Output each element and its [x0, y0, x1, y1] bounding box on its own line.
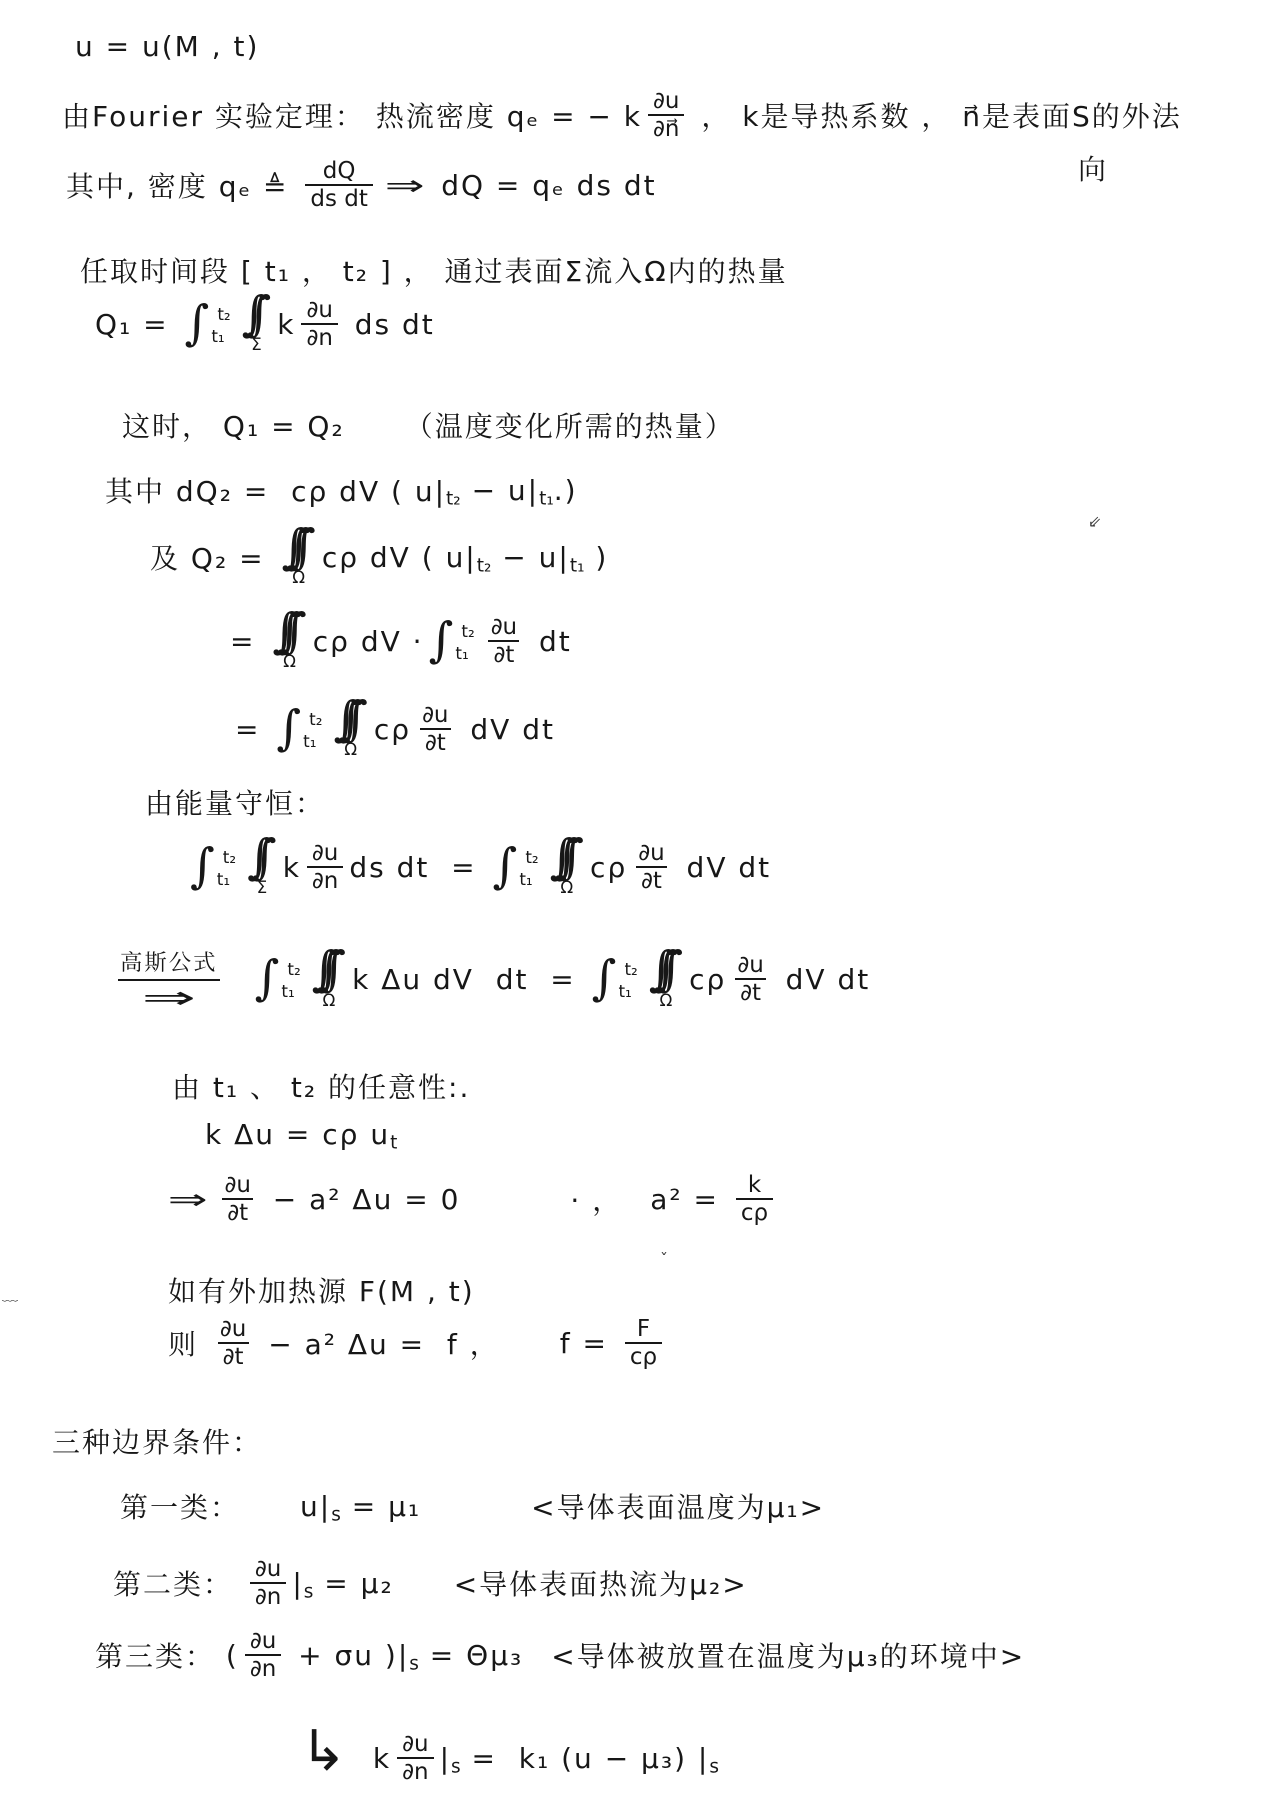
implies-arrow-icon: ⇒ [168, 1183, 208, 1216]
eval-at-t2: t₂ [446, 488, 461, 509]
line-gauss-step: 高斯公式 ⇒ ∫ t₂t₁ ∫∫∫ Ω k Δu dV dt = ∫ t₂t₁ … [118, 945, 870, 1014]
line-arbitrariness: 由 t₁ 、 t₂ 的任意性:. [172, 1066, 470, 1106]
eval-at-t1: t₁ [539, 488, 554, 509]
lower-limit: t₁ [455, 645, 474, 662]
line-conservation-equation: ∫ t₂t₁ ∫∫ Σ k ∂u ∂n ds dt = ∫ t₂t₁ ∫∫∫ Ω… [185, 838, 771, 896]
bc3c-mid: = k₁ (u − μ₃) | [461, 1742, 710, 1775]
gauss-coef2: cρ [689, 963, 726, 996]
conservation-coef2: cρ [590, 851, 627, 884]
upper-limit: t₂ [624, 961, 637, 978]
line-q1-integral: Q₁ = ∫ t₂t₁ ∫∫ Σ k ∂u ∂n ds dt [95, 295, 435, 353]
lower-limit: t₁ [303, 733, 322, 750]
eval-on-s: s [304, 1581, 314, 1602]
fraction-numerator: ∂u [307, 840, 343, 866]
integral-domain: Ω [322, 992, 335, 1009]
heat-eq-mid: − a² Δu = 0 [262, 1183, 461, 1216]
step3-mid: cρ [374, 713, 411, 746]
fraction-numerator: ∂u [215, 1316, 251, 1342]
gauss-tail: dV dt [775, 963, 870, 996]
lower-limit: t₁ [217, 871, 236, 888]
handwritten-notes-page: u = u(M , t) 由Fourier 实验定理： 热流密度 qₑ = − … [0, 0, 1285, 1811]
fraction-numerator: ∂u [486, 614, 522, 640]
fraction-du-dt: ∂u ∂t [633, 840, 669, 895]
fraction-denominator: cρ [736, 1198, 773, 1226]
bc1-eq-pre: u| [300, 1490, 331, 1523]
arbitrariness-text: 由 t₁ 、 t₂ 的任意性:. [172, 1066, 470, 1106]
volume-integral: ∫∫∫ Ω [272, 612, 306, 670]
triple-integral-icon: ∫∫∫ [272, 612, 306, 652]
volume-integral: ∫∫∫ Ω [281, 528, 315, 586]
line-q2-integral: 及 Q₂ = ∫∫∫ Ω cρ dV ( u| t₂ − u| t₁ ) [150, 528, 608, 586]
line-boundary-conditions-heading: 三种边界条件： [52, 1421, 262, 1461]
fraction-du-dt: ∂u ∂t [417, 702, 453, 757]
fraction-denominator: ∂t [420, 728, 451, 756]
line-q1-equals-q2: 这时， Q₁ = Q₂ （温度变化所需的热量） [122, 405, 735, 445]
bc2-note: <导体表面热流为μ₂> [454, 1563, 748, 1603]
subscript-t: t [390, 1132, 397, 1153]
step2-mid: cρ dV · [313, 625, 424, 658]
fraction-du-dt: ∂u ∂t [215, 1316, 251, 1371]
upper-limit: t₂ [525, 849, 538, 866]
fraction-denominator: ds dt [305, 184, 372, 212]
line-wrap-char: 向 [1078, 148, 1108, 188]
q1-tail: ds dt [344, 308, 435, 341]
upper-limit: t₂ [309, 711, 322, 728]
line-q2-step2: = ∫∫∫ Ω cρ dV · ∫ t₂t₁ ∂u ∂t dt [230, 612, 572, 670]
line-bc-third-kind: 第三类： ( ∂u ∂n + σu )| s = Θμ₃ <导体被放置在温度为μ… [95, 1628, 1025, 1683]
line-heat-equation: ⇒ ∂u ∂t − a² Δu = 0 · ， a² = k cρ [162, 1172, 779, 1227]
triple-integral-icon: ∫∫∫ [281, 528, 315, 568]
fraction-du-dn: ∂u ∂n [397, 1731, 433, 1786]
fraction-denominator: cρ [625, 1342, 662, 1370]
upper-limit: t₂ [461, 623, 474, 640]
bc3-note: <导体被放置在温度为μ₃的环境中> [551, 1635, 1025, 1675]
surface-integral: ∫∫ Σ [242, 295, 272, 353]
time-integral: ∫ t₂t₁ [190, 847, 236, 888]
volume-integral: ∫∫∫ Ω [550, 838, 584, 896]
triple-integral-icon: ∫∫∫ [649, 950, 683, 990]
eval-at-t1: t₁ [570, 555, 585, 576]
fourier-law-post: ， k是导热系数 ， n⃗是表面S的外法 [690, 95, 1181, 135]
line-density-definition: 其中, 密度 qₑ ≜ dQ ds dt ⇒ dQ = qₑ ds dt [66, 158, 657, 213]
integral-domain: Ω [283, 653, 296, 670]
q2-minus: − u| [491, 541, 569, 574]
energy-conservation-text: 由能量守恒： [145, 782, 325, 822]
eval-on-s: s [709, 1756, 719, 1777]
line-q2-step3: = ∫ t₂t₁ ∫∫∫ Ω cρ ∂u ∂t dV dt [235, 700, 555, 758]
then-label: 则 [168, 1323, 209, 1363]
integral-icon: ∫ [185, 304, 210, 344]
boundary-conditions-heading: 三种边界条件： [52, 1421, 262, 1461]
fraction-denominator: ∂t [636, 866, 667, 894]
bc2-label: 第二类： [113, 1563, 244, 1603]
upper-limit: t₂ [287, 961, 300, 978]
line-fourier-law: 由Fourier 实验定理： 热流密度 qₑ = − k ∂u ∂n⃗ ， k是… [62, 88, 1182, 143]
integral-domain: Ω [292, 569, 305, 586]
a-squared-def: a² = [650, 1183, 730, 1216]
integral-icon: ∫ [190, 847, 215, 887]
time-integral: ∫ t₂t₁ [429, 621, 475, 662]
double-integral-icon: ∫∫ [242, 295, 272, 335]
integral-domain: Σ [251, 336, 262, 353]
surface-integral: ∫∫ Σ [247, 838, 277, 896]
fraction-du-dt: ∂u ∂t [486, 614, 522, 669]
fraction-numerator: ∂u [732, 952, 768, 978]
line-time-interval: 任取时间段 [ t₁ ， t₂ ] ， 通过表面Σ流入Ω内的热量 [80, 250, 788, 290]
fraction-du-dt: ∂u ∂t [732, 952, 768, 1007]
eval-on-s: s [451, 1756, 461, 1777]
fraction-numerator: ∂u [245, 1628, 281, 1654]
gauss-label: 高斯公式 [118, 945, 220, 981]
time-integral: ∫ t₂t₁ [592, 959, 638, 1000]
q1q2-paren-note: （温度变化所需的热量） [405, 405, 735, 445]
q1-lhs: Q₁ = [95, 308, 180, 341]
fraction-du-dn-vec: ∂u ∂n⃗ [648, 88, 684, 143]
fraction-numerator: ∂u [417, 702, 453, 728]
heat-eq-comma: · ， [570, 1179, 622, 1219]
lower-limit: t₁ [519, 871, 538, 888]
implies-arrow-icon: ⇒ [142, 983, 196, 1014]
fraction-denominator: ∂n [301, 323, 337, 351]
fraction-du-dn: ∂u ∂n [250, 1556, 286, 1611]
q2-close: ) [585, 541, 609, 574]
integral-icon: ∫ [255, 959, 280, 999]
fraction-numerator: dQ [318, 158, 361, 184]
fraction-denominator: ∂t [735, 978, 766, 1006]
bc2-eq-post: = μ₂ [313, 1567, 393, 1600]
bc3c-coef: k [373, 1742, 391, 1775]
f-def: f = [560, 1327, 619, 1360]
eval-on-s: s [331, 1504, 341, 1525]
k-laplace-text: k Δu = cρ u [205, 1118, 390, 1151]
bc1-label: 第一类： [120, 1486, 240, 1526]
dq2-pre: 其中 dQ₂ = cρ dV ( u| [105, 470, 446, 510]
double-integral-icon: ∫∫ [247, 838, 277, 878]
integral-domain: Σ [257, 879, 268, 896]
fraction-denominator: ∂n [307, 866, 343, 894]
lower-limit: t₁ [211, 328, 230, 345]
lower-limit: t₁ [281, 983, 300, 1000]
integral-icon: ∫ [276, 709, 301, 749]
fraction-numerator: F [632, 1316, 655, 1342]
density-pre: 其中, 密度 qₑ ≜ [66, 165, 299, 205]
line-bc3-consequence: ↳ k ∂u ∂n | s = k₁ (u − μ₃) | s [300, 1730, 719, 1786]
density-post: dQ = qₑ ds dt [430, 169, 656, 202]
implies-arrow-icon: ⇒ [385, 169, 425, 202]
time-integral: ∫ t₂t₁ [185, 304, 231, 345]
bc3c-bar: | [440, 1742, 451, 1775]
conservation-coef: k [283, 851, 301, 884]
line-u-definition: u = u(M , t) [75, 30, 259, 63]
fraction-du-dt: ∂u ∂t [219, 1172, 255, 1227]
bc3-eq-post: = Θμ₃ [419, 1639, 523, 1672]
dq2-minus: − u| [461, 474, 539, 507]
line-dq2: 其中 dQ₂ = cρ dV ( u| t₂ − u| t₁ .) [105, 470, 578, 510]
conservation-tail: dV dt [676, 851, 771, 884]
upper-limit: t₂ [223, 849, 236, 866]
hook-arrow-icon: ↳ [300, 1724, 347, 1780]
line-energy-conservation: 由能量守恒： [145, 782, 325, 822]
fraction-numerator: ∂u [397, 1731, 433, 1757]
integral-domain: Ω [560, 879, 573, 896]
integral-icon: ∫ [592, 959, 617, 999]
triple-integral-icon: ∫∫∫ [550, 838, 584, 878]
step2-tail: dt [528, 625, 572, 658]
q1q2-text: 这时， Q₁ = Q₂ [122, 405, 345, 445]
q1-coefficient: k [277, 308, 295, 341]
eval-on-s: s [409, 1653, 419, 1674]
line-bc-first-kind: 第一类： u| s = μ₁ <导体表面温度为μ₁> [120, 1486, 825, 1526]
bc1-eq-post: = μ₁ [341, 1490, 421, 1523]
integral-icon: ∫ [429, 621, 454, 661]
stray-mark-left: ﹏ [2, 1282, 18, 1305]
wrap-char: 向 [1078, 148, 1108, 188]
upper-limit: t₂ [217, 306, 230, 323]
volume-integral: ∫∫∫ Ω [649, 950, 683, 1008]
bc3-open-paren: ( [226, 1639, 239, 1672]
fraction-numerator: ∂u [648, 88, 684, 114]
dq2-close: .) [554, 474, 578, 507]
fraction-F-cp: F cρ [625, 1316, 662, 1371]
gauss-arrow: 高斯公式 ⇒ [118, 945, 220, 1014]
heat-source-text: 如有外加热源 F(M , t) [168, 1270, 475, 1310]
line-heat-source: 如有外加热源 F(M , t) [168, 1270, 475, 1310]
bc2-bar: | [292, 1567, 303, 1600]
fraction-numerator: ∂u [301, 297, 337, 323]
fraction-dQ-dsdt: dQ ds dt [305, 158, 372, 213]
eval-at-t2: t₂ [477, 555, 492, 576]
fraction-denominator: ∂n⃗ [648, 114, 684, 142]
line-inhomogeneous-equation: 则 ∂u ∂t − a² Δu = f ， f = F cρ [168, 1316, 668, 1371]
q2-lhs: 及 Q₂ = [150, 537, 275, 577]
fraction-k-cp: k cρ [736, 1172, 773, 1227]
fraction-denominator: ∂n [397, 1757, 433, 1785]
fraction-numerator: ∂u [219, 1172, 255, 1198]
fraction-denominator: ∂n [250, 1582, 286, 1610]
time-interval-text: 任取时间段 [ t₁ ， t₂ ] ， 通过表面Σ流入Ω内的热量 [80, 250, 788, 290]
fraction-numerator: k [743, 1172, 766, 1198]
integral-icon: ∫ [493, 847, 518, 887]
fraction-du-dn: ∂u ∂n [245, 1628, 281, 1683]
triple-integral-icon: ∫∫∫ [312, 950, 346, 990]
time-integral: ∫ t₂t₁ [276, 709, 322, 750]
stray-mark-right: ⇙ [1088, 512, 1101, 531]
fraction-denominator: ∂t [488, 640, 519, 668]
q2-mid: cρ dV ( u| [322, 541, 477, 574]
fraction-du-dn: ∂u ∂n [307, 840, 343, 895]
fraction-denominator: ∂t [218, 1342, 249, 1370]
fraction-du-dn: ∂u ∂n [301, 297, 337, 352]
integral-domain: Ω [344, 741, 357, 758]
check-mark: ˇ [660, 1250, 668, 1269]
time-integral: ∫ t₂t₁ [255, 959, 301, 1000]
triple-integral-icon: ∫∫∫ [333, 700, 367, 740]
gauss-mid: k Δu dV dt = [352, 963, 587, 996]
time-integral: ∫ t₂t₁ [493, 847, 539, 888]
bc3-label: 第三类： [95, 1635, 226, 1675]
lower-limit: t₁ [618, 983, 637, 1000]
conservation-mid: ds dt = [349, 851, 487, 884]
step3-tail: dV dt [459, 713, 554, 746]
line-bc-second-kind: 第二类： ∂u ∂n | s = μ₂ <导体表面热流为μ₂> [113, 1556, 748, 1611]
bc3-mid: + σu )| [287, 1639, 409, 1672]
fraction-numerator: ∂u [250, 1556, 286, 1582]
volume-integral: ∫∫∫ Ω [333, 700, 367, 758]
fraction-numerator: ∂u [633, 840, 669, 866]
volume-integral: ∫∫∫ Ω [312, 950, 346, 1008]
equals-sign: = [230, 625, 266, 658]
fourier-law-pre: 由Fourier 实验定理： 热流密度 qₑ = − k [62, 95, 642, 135]
fraction-denominator: ∂t [222, 1198, 253, 1226]
inhomog-mid: − a² Δu = f ， [257, 1323, 499, 1363]
formula-u-definition: u = u(M , t) [75, 30, 259, 63]
line-k-laplace: k Δu = cρ u t [205, 1118, 397, 1151]
equals-sign: = [235, 713, 271, 746]
bc1-note: <导体表面温度为μ₁> [531, 1486, 825, 1526]
fraction-denominator: ∂n [245, 1654, 281, 1682]
integral-domain: Ω [660, 992, 673, 1009]
